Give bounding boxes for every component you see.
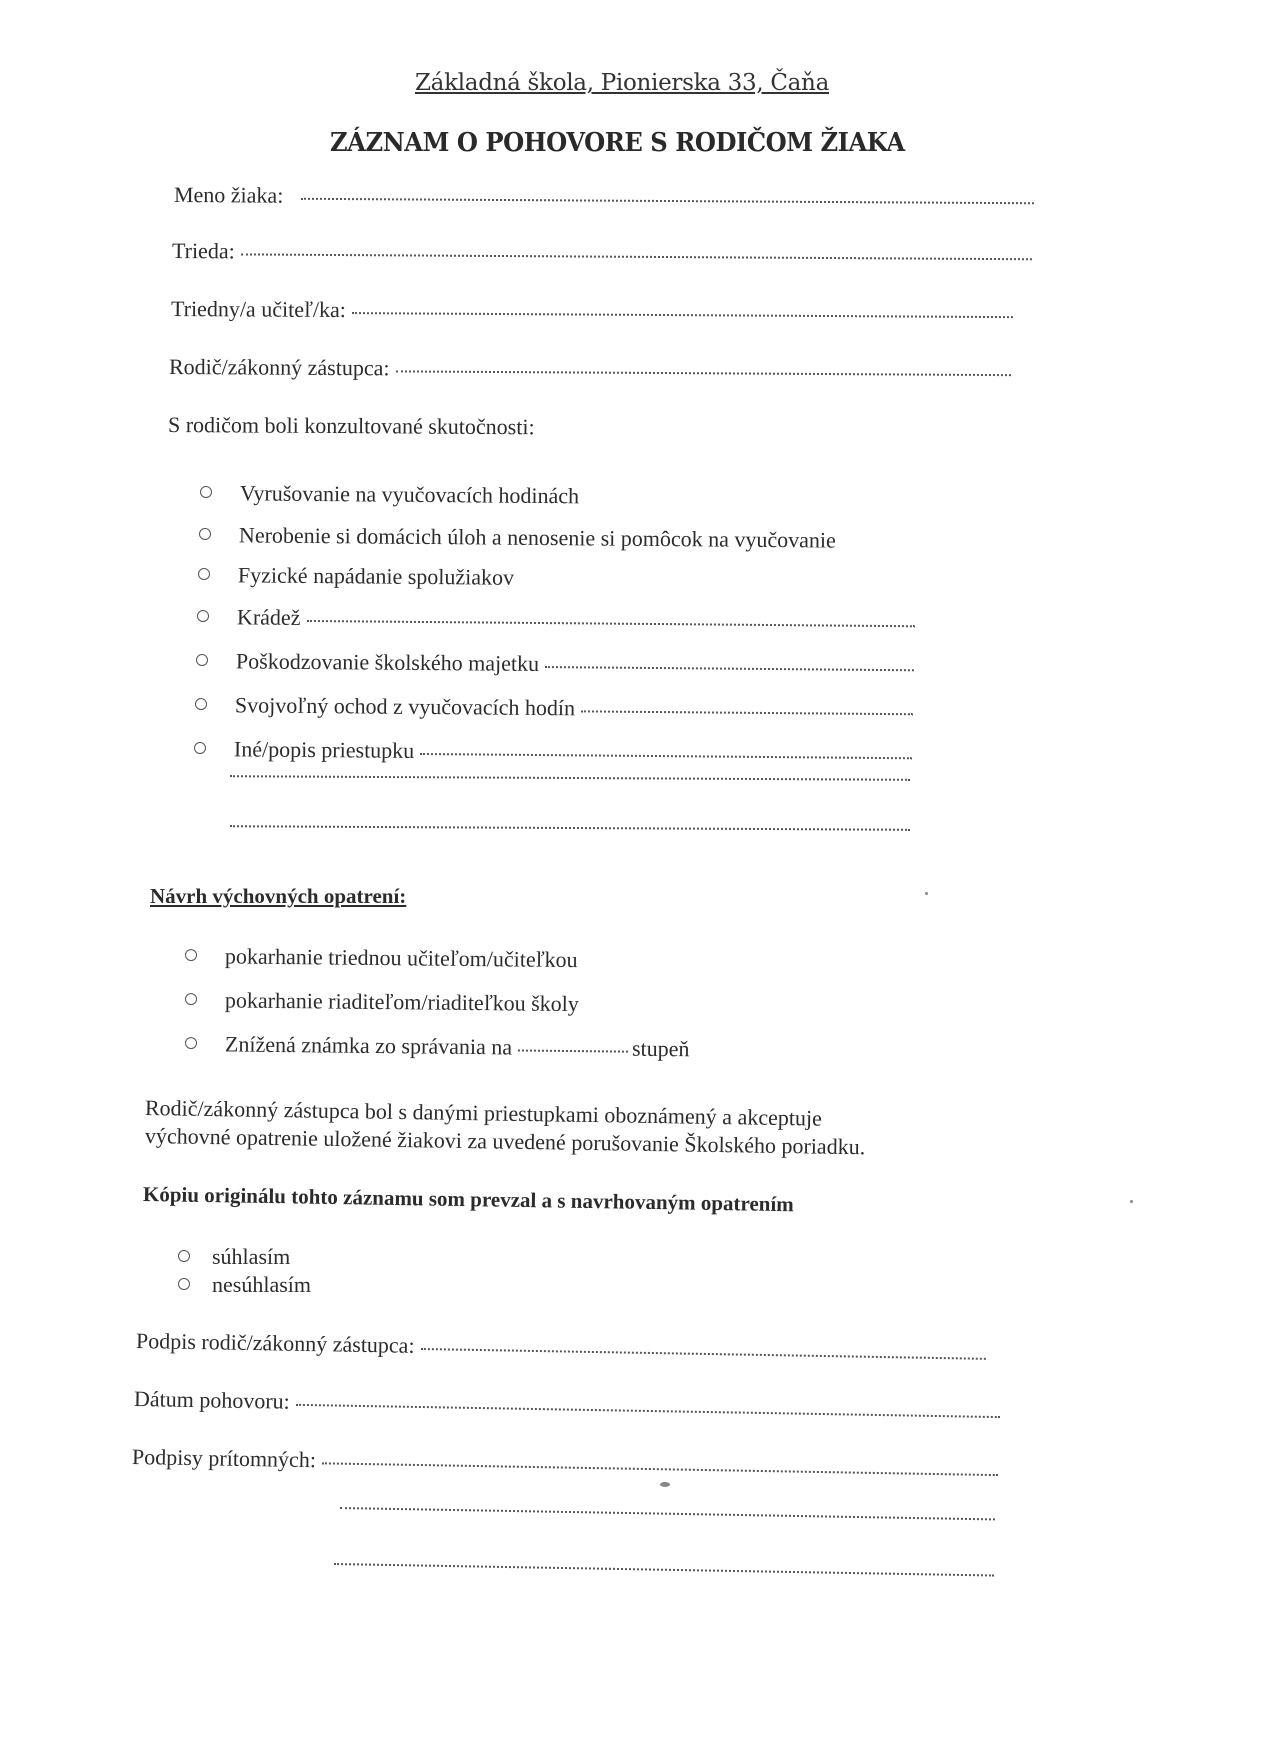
class-field[interactable]: Trieda: [172,238,1032,269]
present-signature-line-1[interactable] [322,1462,998,1476]
copy-heading: Kópiu originálu tohto záznamu som prevza… [143,1182,794,1217]
consulted-item[interactable]: Krádež [197,604,915,636]
class-teacher-field[interactable]: Triedny/a učiteľ/ka: [171,296,1013,327]
scan-speck [660,1482,670,1487]
consulted-item[interactable]: Fyzické napádanie spolužiakov [198,562,514,591]
radio-circle-icon[interactable] [178,1250,190,1262]
present-signatures-field[interactable]: Podpisy prítomných: [132,1444,998,1485]
consulted-item[interactable]: Iné/popis priestupku [194,736,912,768]
radio-circle-icon[interactable] [196,654,208,666]
present-signature-line-2[interactable] [340,1510,995,1523]
class-teacher-line[interactable] [352,312,1013,318]
student-name-label: Meno žiaka: [174,182,284,209]
other-extra-line-2[interactable] [230,828,910,834]
consulted-item[interactable]: Vyrušovanie na vyučovacích hodinách [200,480,579,509]
consulted-item-line[interactable] [306,620,914,627]
grade-line[interactable] [518,1049,628,1052]
consulted-heading: S rodičom boli konzultované skutočnosti: [168,412,535,440]
measures-heading: Návrh výchovných opatrení: [150,884,406,909]
consulted-item-line[interactable] [545,666,914,671]
student-name-line[interactable] [301,198,1034,204]
interview-date-line[interactable] [296,1404,1000,1418]
document-title: ZÁZNAM O POHOVORE S RODIČOM ŽIAKA [330,128,905,158]
parent-label: Rodič/zákonný zástupca: [169,354,390,381]
disagree-option[interactable]: nesúhlasím [178,1272,311,1298]
radio-circle-icon[interactable] [185,949,197,961]
consulted-item[interactable]: Poškodzovanie školského majetku [196,648,914,680]
student-name-field[interactable]: Meno žiaka: [174,182,1034,213]
radio-circle-icon[interactable] [194,742,206,754]
interview-date-field[interactable]: Dátum pohovoru: [134,1386,1000,1427]
measure-item[interactable]: pokarhanie triednou učiteľom/učiteľkou [185,943,578,973]
parent-signature-field[interactable]: Podpis rodič/zákonný zástupca: [136,1328,986,1369]
other-extra-line-1[interactable] [230,778,910,784]
parent-signature-line[interactable] [420,1348,985,1360]
measure-item[interactable]: pokarhanie riaditeľom/riaditeľkou školy [185,987,579,1017]
radio-circle-icon[interactable] [198,568,210,580]
agree-option[interactable]: súhlasím [178,1244,290,1270]
radio-circle-icon[interactable] [195,698,207,710]
school-name: Základná škola, Pionierska 33, Čaňa [415,70,829,96]
present-signature-line-3[interactable] [334,1566,994,1580]
consulted-item[interactable]: Svojvoľný ochod z vyučovacích hodín [195,692,913,724]
radio-circle-icon[interactable] [185,1037,197,1049]
parent-line[interactable] [396,370,1011,376]
measure-item-grade[interactable]: Znížená známka zo správania nastupeň [185,1031,690,1062]
class-teacher-label: Triedny/a učiteľ/ka: [171,296,346,323]
consulted-item-line[interactable] [420,753,912,759]
parent-field[interactable]: Rodič/zákonný zástupca: [169,354,1011,385]
class-line[interactable] [241,253,1032,260]
consulted-item[interactable]: Nerobenie si domácich úloh a nenosenie s… [199,522,836,554]
consulted-item-line[interactable] [581,710,913,715]
radio-circle-icon[interactable] [185,993,197,1005]
class-label: Trieda: [172,238,235,264]
radio-circle-icon[interactable] [199,528,211,540]
radio-circle-icon[interactable] [197,610,209,622]
scan-speck [925,892,928,895]
radio-circle-icon[interactable] [200,486,212,498]
radio-circle-icon[interactable] [178,1278,190,1290]
scan-speck [1130,1200,1133,1203]
